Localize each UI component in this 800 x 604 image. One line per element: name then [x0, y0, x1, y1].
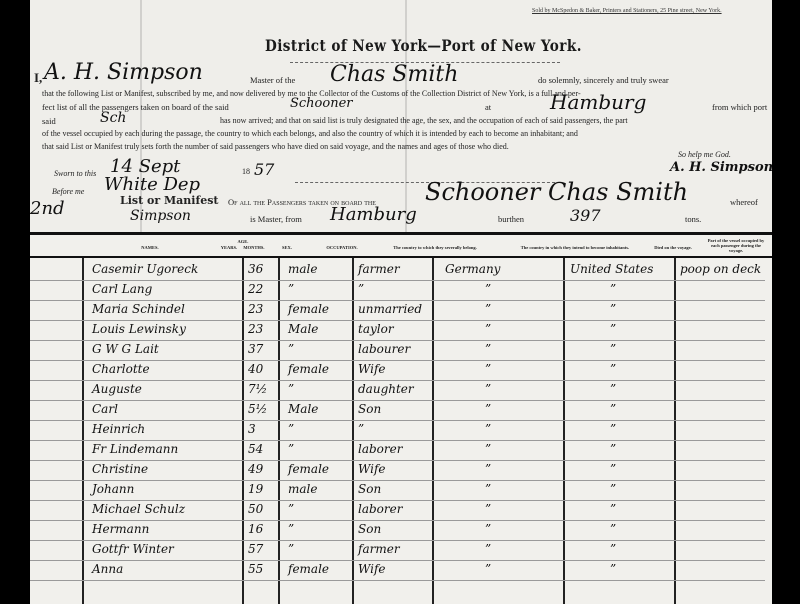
margin-note: 2nd [30, 198, 65, 219]
table-row: Heinrich3”””” [30, 422, 770, 442]
passenger-destination: ” [610, 442, 616, 456]
passenger-country: ” [485, 422, 491, 436]
passenger-destination: ” [610, 422, 616, 436]
passenger-name: Carl [92, 402, 118, 416]
header-rule [30, 232, 782, 235]
passenger-age: 3 [248, 422, 256, 436]
vessel-type-handwritten: Schooner [290, 96, 353, 111]
passenger-destination: ” [610, 522, 616, 536]
passenger-destination: ” [610, 362, 616, 376]
passenger-occupation: farmer [358, 262, 400, 276]
passenger-country: ” [485, 562, 491, 576]
table-row: Carl5½MaleSon”” [30, 402, 770, 422]
at-label: at [485, 102, 491, 112]
tons-label: tons. [685, 214, 701, 224]
col-header-years: Years. [218, 245, 240, 250]
passenger-sex: female [288, 462, 329, 476]
passenger-name: Louis Lewinsky [92, 322, 186, 336]
passenger-sex: ” [288, 442, 294, 456]
port-from-handwritten: Hamburg [550, 90, 646, 114]
list-or-manifest-label: List or Manifest [120, 194, 218, 207]
sworn-year-suffix: 57 [254, 160, 274, 179]
table-row: Auguste7½”daughter”” [30, 382, 770, 402]
passenger-country: ” [485, 462, 491, 476]
passenger-name: G W G Lait [92, 342, 159, 356]
passenger-country: ” [485, 362, 491, 376]
passenger-age: 40 [248, 362, 263, 376]
passenger-age: 36 [248, 262, 263, 276]
passenger-country: ” [485, 522, 491, 536]
passenger-country: ” [485, 482, 491, 496]
sworn-year-prefix: 18 [242, 167, 250, 176]
declaration-text-1: do solemnly, sincerely and truly swear [538, 75, 669, 85]
from-which-port-label: from which port [712, 102, 767, 112]
passenger-destination: United States [570, 262, 653, 276]
passenger-name: Johann [92, 482, 134, 496]
said-label: said [42, 116, 56, 126]
passenger-occupation: Wife [358, 362, 386, 376]
table-row: Casemir Ugoreck36malefarmerGermanyUnited… [30, 262, 770, 282]
passenger-destination: ” [610, 462, 616, 476]
passenger-name: Hermann [92, 522, 149, 536]
table-row: Louis Lewinsky23Maletaylor”” [30, 322, 770, 342]
col-header-occupation: Occupation. [312, 245, 372, 250]
passenger-destination: ” [610, 322, 616, 336]
table-row: Gottfr Winter57”farmer”” [30, 542, 770, 562]
passenger-country: ” [485, 502, 491, 516]
passenger-sex: female [288, 302, 329, 316]
passenger-destination: ” [610, 502, 616, 516]
passenger-sex: ” [288, 382, 294, 396]
declaration-text-5: of the vessel occupied by each during th… [42, 129, 578, 138]
passenger-destination: ” [610, 302, 616, 316]
official-signature: White Dep [104, 174, 200, 195]
passenger-country: ” [485, 342, 491, 356]
passenger-destination: ” [610, 282, 616, 296]
burthen-value: 397 [570, 206, 601, 225]
whereof-label: whereof [730, 197, 758, 207]
col-header-part: Part of the vessel occupied by each pass… [706, 238, 766, 253]
passenger-occupation: ” [358, 282, 364, 296]
passenger-age: 23 [248, 322, 263, 336]
passenger-age: 23 [248, 302, 263, 316]
passenger-occupation: laborer [358, 442, 402, 456]
table-row: Fr Lindemann54”laborer”” [30, 442, 770, 462]
passenger-age: 5½ [248, 402, 267, 416]
master-signature: A. H. Simpson [670, 160, 773, 175]
passenger-name: Anna [92, 562, 123, 576]
declaration-text-6: that said List or Manifest truly sets fo… [42, 142, 509, 151]
passenger-name: Fr Lindemann [92, 442, 178, 456]
passenger-sex: ” [288, 422, 294, 436]
table-row: Charlotte40femaleWife”” [30, 362, 770, 382]
declaration-prefix: I, [34, 70, 42, 86]
document-title: District of New York—Port of New York. [265, 36, 582, 55]
passenger-occupation: laborer [358, 502, 402, 516]
passenger-sex: Male [288, 402, 318, 416]
scan-border [772, 0, 800, 604]
passenger-vessel-part: poop on deck [680, 262, 761, 276]
vessel-name-handwritten: Chas Smith [330, 62, 458, 87]
passenger-destination: ” [610, 402, 616, 416]
passenger-name: Carl Lang [92, 282, 152, 296]
passenger-age: 37 [248, 342, 263, 356]
passenger-destination: ” [610, 382, 616, 396]
col-header-names: Names. [120, 245, 180, 250]
table-row: Carl Lang22”””” [30, 282, 770, 302]
header-section: Sold by McSpedon & Baker, Printers and S… [30, 0, 782, 235]
passenger-sex: male [288, 482, 317, 496]
printer-credit: Sold by McSpedon & Baker, Printers and S… [532, 8, 722, 14]
passenger-destination: ” [610, 562, 616, 576]
passenger-occupation: Son [358, 482, 381, 496]
col-header-country-belong: The country to which they severally belo… [375, 245, 495, 250]
passenger-name: Michael Schulz [92, 502, 185, 516]
passenger-country: ” [485, 442, 491, 456]
passenger-age: 49 [248, 462, 263, 476]
before-me-label: Before me [52, 187, 84, 196]
declaration-text-4: has now arrived; and that on said list i… [220, 116, 628, 125]
said-value-handwritten: Sch [100, 110, 126, 126]
col-header-country-inhabit: The country in which they intend to beco… [505, 245, 645, 250]
passenger-occupation: ” [358, 422, 364, 436]
passenger-sex: ” [288, 502, 294, 516]
table-row: Johann19maleSon”” [30, 482, 770, 502]
passenger-occupation: farmer [358, 542, 400, 556]
manifest-from-port-handwritten: Hamburg [330, 204, 417, 225]
table-row: Christine49femaleWife”” [30, 462, 770, 482]
passenger-country: ” [485, 282, 491, 296]
passenger-sex: female [288, 562, 329, 576]
is-master-from-label: is Master, from [250, 214, 302, 224]
passenger-country: ” [485, 302, 491, 316]
declaration-text-3: fect list of all the passengers taken on… [42, 102, 229, 112]
manifest-vessel-handwritten: Schooner Chas Smith [425, 178, 688, 206]
passenger-occupation: Wife [358, 462, 386, 476]
passenger-occupation: labourer [358, 342, 410, 356]
column-header-rule [30, 256, 782, 258]
table-row: Anna55femaleWife”” [30, 562, 770, 582]
passenger-sex: ” [288, 282, 294, 296]
passenger-name: Gottfr Winter [92, 542, 174, 556]
passenger-name: Maria Schindel [92, 302, 185, 316]
so-help-me-god: So help me God. [678, 150, 731, 159]
passenger-country: ” [485, 402, 491, 416]
passenger-sex: ” [288, 522, 294, 536]
passenger-destination: ” [610, 342, 616, 356]
col-header-age: Age. [218, 239, 268, 244]
passenger-age: 50 [248, 502, 263, 516]
passenger-destination: ” [610, 482, 616, 496]
passenger-occupation: Wife [358, 562, 386, 576]
passenger-country: ” [485, 382, 491, 396]
passenger-age: 22 [248, 282, 263, 296]
passenger-occupation: unmarried [358, 302, 422, 316]
col-header-months: Months. [242, 245, 266, 250]
table-row: Hermann16”Son”” [30, 522, 770, 542]
passenger-name: Casemir Ugoreck [92, 262, 198, 276]
passenger-name: Christine [92, 462, 148, 476]
table-row: G W G Lait37”labourer”” [30, 342, 770, 362]
passenger-country: ” [485, 542, 491, 556]
table-row: Michael Schulz50”laborer”” [30, 502, 770, 522]
passenger-occupation: daughter [358, 382, 414, 396]
passenger-age: 19 [248, 482, 263, 496]
passenger-age: 16 [248, 522, 263, 536]
table-row: Maria Schindel23femaleunmarried”” [30, 302, 770, 322]
passenger-sex: ” [288, 342, 294, 356]
sworn-label: Sworn to this [54, 169, 96, 178]
passenger-age: 57 [248, 542, 263, 556]
col-header-sex: Sex. [272, 245, 302, 250]
passenger-name: Auguste [92, 382, 142, 396]
passenger-sex: Male [288, 322, 318, 336]
passenger-occupation: taylor [358, 322, 394, 336]
manifest-page: Sold by McSpedon & Baker, Printers and S… [30, 0, 782, 604]
passenger-destination: ” [610, 542, 616, 556]
passenger-name: Heinrich [92, 422, 145, 436]
burthen-label: burthen [498, 214, 524, 224]
passenger-sex: male [288, 262, 317, 276]
passenger-country: Germany [445, 262, 500, 276]
passenger-age: 7½ [248, 382, 267, 396]
passenger-occupation: Son [358, 402, 381, 416]
passenger-sex: ” [288, 542, 294, 556]
manifest-master-handwritten: Simpson [130, 208, 191, 224]
master-name-handwritten: A. H. Simpson [44, 60, 203, 85]
passenger-sex: female [288, 362, 329, 376]
master-of-label: Master of the [250, 75, 295, 85]
passenger-name: Charlotte [92, 362, 150, 376]
passenger-country: ” [485, 322, 491, 336]
passenger-occupation: Son [358, 522, 381, 536]
passenger-age: 55 [248, 562, 263, 576]
col-header-died: Died on the voyage. [648, 245, 698, 250]
passenger-age: 54 [248, 442, 263, 456]
